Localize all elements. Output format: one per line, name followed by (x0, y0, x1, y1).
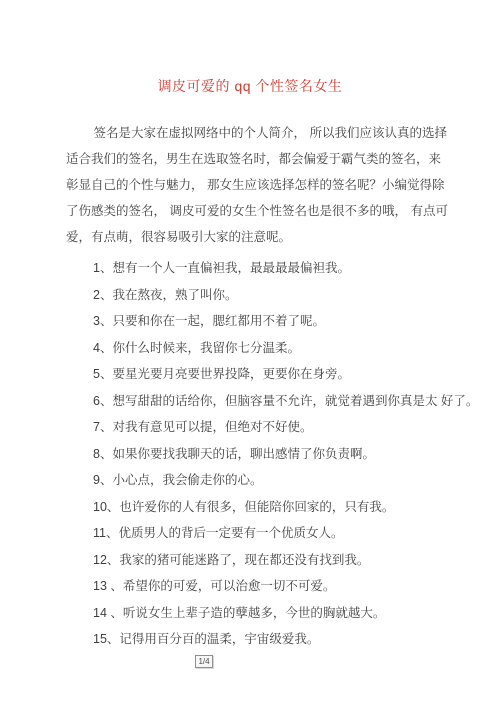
intro-paragraph: 签名是大家在虚拟网络中的个人简介， 所以我们应该认真的选择适合我们的签名，男生在… (66, 120, 436, 250)
paragraph-line: 签名是大家在虚拟网络中的个人简介， 所以我们应该认真的选择 (66, 120, 436, 146)
list-item: 2、我在熬夜，熟了叫你。 (93, 282, 500, 309)
paragraph-line: 爱，有点萌，很容易吸引大家的注意呢。 (66, 224, 436, 250)
list-item: 4、你什么时候来，我留你七分温柔。 (93, 335, 500, 362)
list-item: 15、记得用百分百的温柔，宇宙级爱我。 (93, 626, 500, 653)
list-item: 14 、听说女生上辈子造的孽越多，今世的胸就越大。 (93, 600, 500, 627)
list-item: 1、想有一个人一直偏袒我，最最最最偏袒我。 (93, 255, 500, 282)
page-title: 调皮可爱的 qq 个性签名女生 (0, 76, 500, 96)
list-item: 10、也许爱你的人有很多，但能陪你回家的，只有我。 (93, 494, 500, 521)
paragraph-line: 适合我们的签名，男生在选取签名时，都会偏爱于霸气类的签名，来 (66, 146, 436, 172)
list-item: 5、要星光要月亮要世界投降，更要你在身旁。 (93, 361, 500, 388)
list-item: 7、对我有意见可以提，但绝对不好使。 (93, 414, 500, 441)
page-number-badge: 1/4 (195, 655, 213, 668)
list-item: 13 、希望你的可爱，可以治愈一切不可爱。 (93, 573, 500, 600)
document-page: 调皮可爱的 qq 个性签名女生 签名是大家在虚拟网络中的个人简介， 所以我们应该… (0, 0, 500, 708)
paragraph-line: 彰显自己的个性与魅力， 那女生应该选择怎样的签名呢？小编觉得除 (66, 172, 436, 198)
list-item: 12、我家的猪可能迷路了，现在都还没有找到我。 (93, 547, 500, 574)
paragraph-line: 了伤感类的签名， 调皮可爱的女生个性签名也是很不多的哦， 有点可 (66, 198, 436, 224)
list-item: 8、如果你要找我聊天的话，聊出感情了你负责啊。 (93, 441, 500, 468)
list-item: 3、只要和你在一起，腮红都用不着了呢。 (93, 308, 500, 335)
list-item: 11、优质男人的背后一定要有一个优质女人。 (93, 520, 500, 547)
list-item: 9、小心点，我会偷走你的心。 (93, 467, 500, 494)
signature-list: 1、想有一个人一直偏袒我，最最最最偏袒我。2、我在熬夜，熟了叫你。3、只要和你在… (93, 255, 500, 653)
list-item: 6、想写甜甜的话给你，但脑容量不允许，就觉着遇到你真是太 好了。 (93, 388, 500, 415)
